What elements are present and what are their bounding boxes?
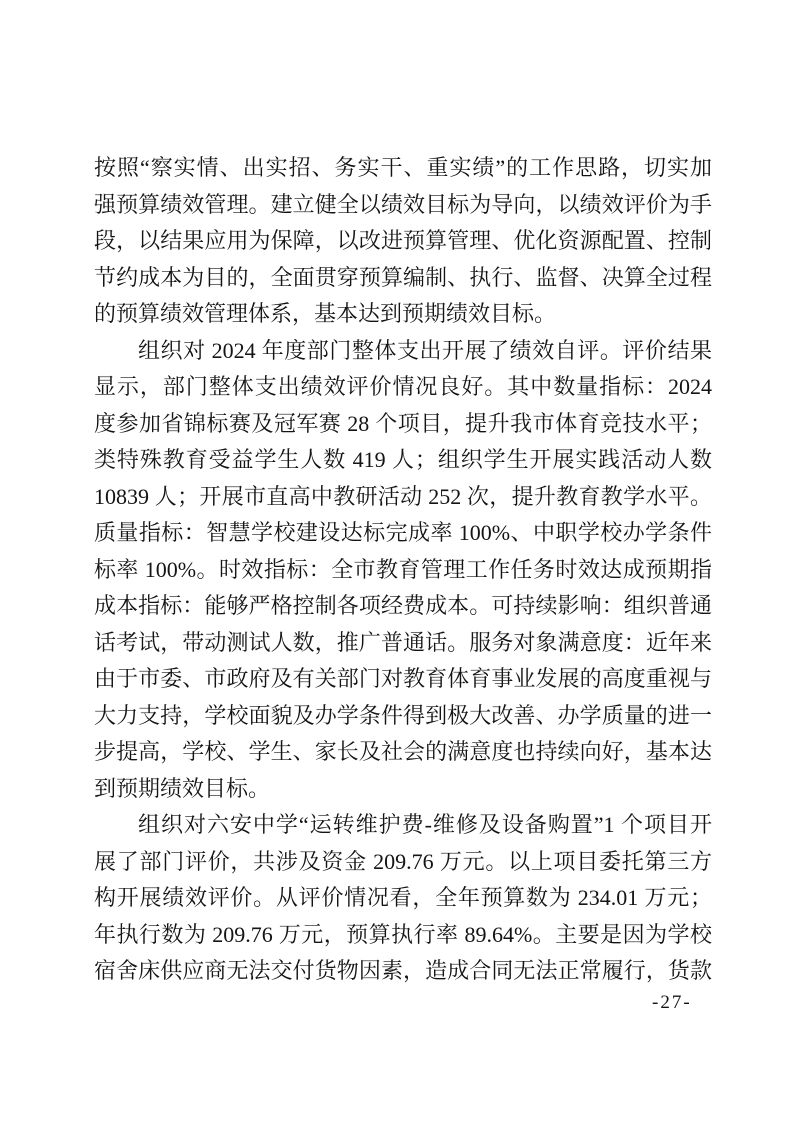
paragraph: 按照“察实情、出实招、务实干、重实绩”的工作思路，切实加 强预算绩效管理。建立健…: [94, 150, 712, 333]
text-line: 质量指标：智慧学校建设达标完成率 100%、中职学校办学条件达: [94, 515, 712, 552]
text-line: 由于市委、市政府及有关部门对教育体育事业发展的高度重视与: [94, 661, 712, 698]
text-line: 组织对 2024 年度部门整体支出开展了绩效自评。评价结果: [94, 333, 712, 370]
text-line: 段，以结果应用为保障，以改进预算管理、优化资源配置、控制: [94, 223, 712, 260]
text-line: 强预算绩效管理。建立健全以绩效目标为导向，以绩效评价为手: [94, 187, 712, 224]
document-page: 按照“察实情、出实招、务实干、重实绩”的工作思路，切实加 强预算绩效管理。建立健…: [0, 0, 793, 1122]
document-body: 按照“察实情、出实招、务实干、重实绩”的工作思路，切实加 强预算绩效管理。建立健…: [94, 150, 712, 990]
text-line: 宿舍床供应商无法交付货物因素，造成合同无法正常履行，货款: [94, 953, 712, 990]
text-line: 年执行数为 209.76 万元，预算执行率 89.64%。主要是因为学校: [94, 917, 712, 954]
text-line: 按照“察实情、出实招、务实干、重实绩”的工作思路，切实加: [94, 150, 712, 187]
text-line: 构开展绩效评价。从评价情况看，全年预算数为 234.01 万元；全: [94, 880, 712, 917]
text-line: 10839 人；开展市直高中教研活动 252 次，提升教育教学水平。: [94, 479, 712, 516]
paragraph: 组织对六安中学“运转维护费-维修及设备购置”1 个项目开 展了部门评价，共涉及资…: [94, 807, 712, 990]
text-line: 展了部门评价，共涉及资金 209.76 万元。以上项目委托第三方机: [94, 844, 712, 881]
text-line: 话考试，带动测试人数，推广普通话。服务对象满意度：近年来: [94, 625, 712, 662]
text-line: 显示，部门整体支出绩效评价情况良好。其中数量指标：2024 年: [94, 369, 712, 406]
text-line: 类特殊教育受益学生人数 419 人；组织学生开展实践活动人数: [94, 442, 712, 479]
text-line: 节约成本为目的，全面贯穿预算编制、执行、监督、决算全过程: [94, 260, 712, 297]
paragraph: 组织对 2024 年度部门整体支出开展了绩效自评。评价结果 显示，部门整体支出绩…: [94, 333, 712, 808]
text-line: 标率 100%。时效指标：全市教育管理工作任务时效达成预期指标。: [94, 552, 712, 589]
page-number: -27-: [652, 992, 692, 1014]
text-line: 步提高，学校、学生、家长及社会的满意度也持续向好，基本达: [94, 734, 712, 771]
text-line: 的预算绩效管理体系，基本达到预期绩效目标。: [94, 296, 712, 333]
text-line: 到预期绩效目标。: [94, 771, 712, 808]
text-line: 大力支持，学校面貌及办学条件得到极大改善、办学质量的进一: [94, 698, 712, 735]
text-line: 成本指标：能够严格控制各项经费成本。可持续影响：组织普通: [94, 588, 712, 625]
text-line: 组织对六安中学“运转维护费-维修及设备购置”1 个项目开: [94, 807, 712, 844]
text-line: 度参加省锦标赛及冠军赛 28 个项目，提升我市体育竞技水平；各: [94, 406, 712, 443]
